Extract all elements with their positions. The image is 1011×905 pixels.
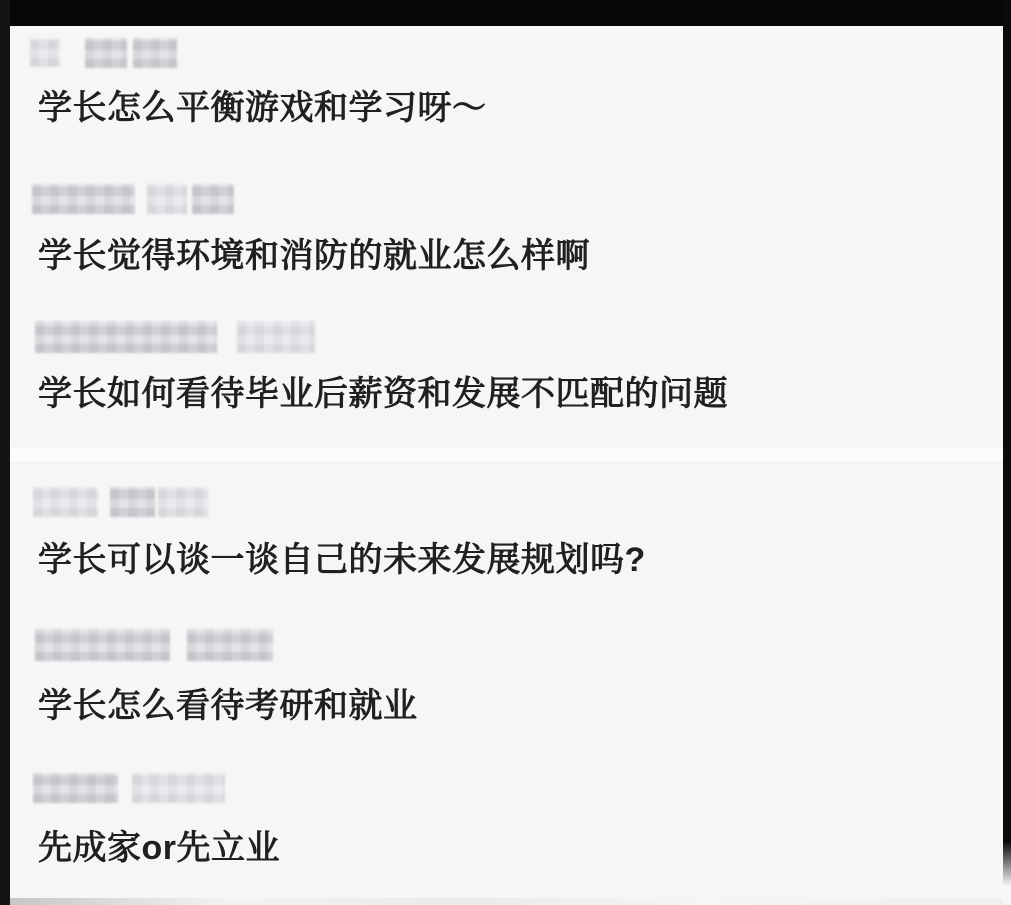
comment-list-screen: 学长怎么平衡游戏和学习呀～ 学长觉得环境和消防的就业怎么样啊 学长如何看待毕业后… <box>0 0 1011 905</box>
section-divider <box>10 448 1003 462</box>
redacted-name-block <box>85 38 127 68</box>
redacted-name-block <box>33 773 118 803</box>
redacted-username <box>30 184 234 214</box>
redacted-username <box>30 487 208 517</box>
redacted-name-block <box>147 184 187 214</box>
redacted-name-block <box>33 487 98 517</box>
redacted-name-block <box>192 184 234 214</box>
comment-text: 学长怎么看待考研和就业 <box>38 684 418 728</box>
comment-text: 学长可以谈一谈自己的未来发展规划吗? <box>38 538 646 582</box>
top-black-bar <box>0 0 1011 26</box>
redacted-name-block <box>133 38 177 68</box>
redacted-name-block <box>110 487 155 517</box>
redacted-name-block <box>35 629 170 661</box>
comment-text: 先成家or先立业 <box>38 826 280 870</box>
redacted-username <box>30 773 225 803</box>
redacted-name-block <box>237 321 315 353</box>
redacted-name-block <box>158 487 208 517</box>
redacted-name-block <box>187 629 273 661</box>
right-black-edge <box>1003 0 1011 886</box>
comment-text: 学长怎么平衡游戏和学习呀～ <box>38 86 487 130</box>
redacted-name-block <box>132 773 225 803</box>
bottom-edge-shadow <box>10 898 1003 905</box>
left-black-edge <box>0 0 10 905</box>
redacted-name-block <box>35 321 217 353</box>
redacted-username <box>30 322 315 352</box>
comment-text: 学长如何看待毕业后薪资和发展不匹配的问题 <box>38 372 728 416</box>
redacted-name-block <box>32 184 135 214</box>
redacted-username <box>30 630 273 660</box>
comment-text: 学长觉得环境和消防的就业怎么样啊 <box>38 234 590 278</box>
redacted-name-block <box>30 39 60 67</box>
redacted-username <box>30 38 177 68</box>
